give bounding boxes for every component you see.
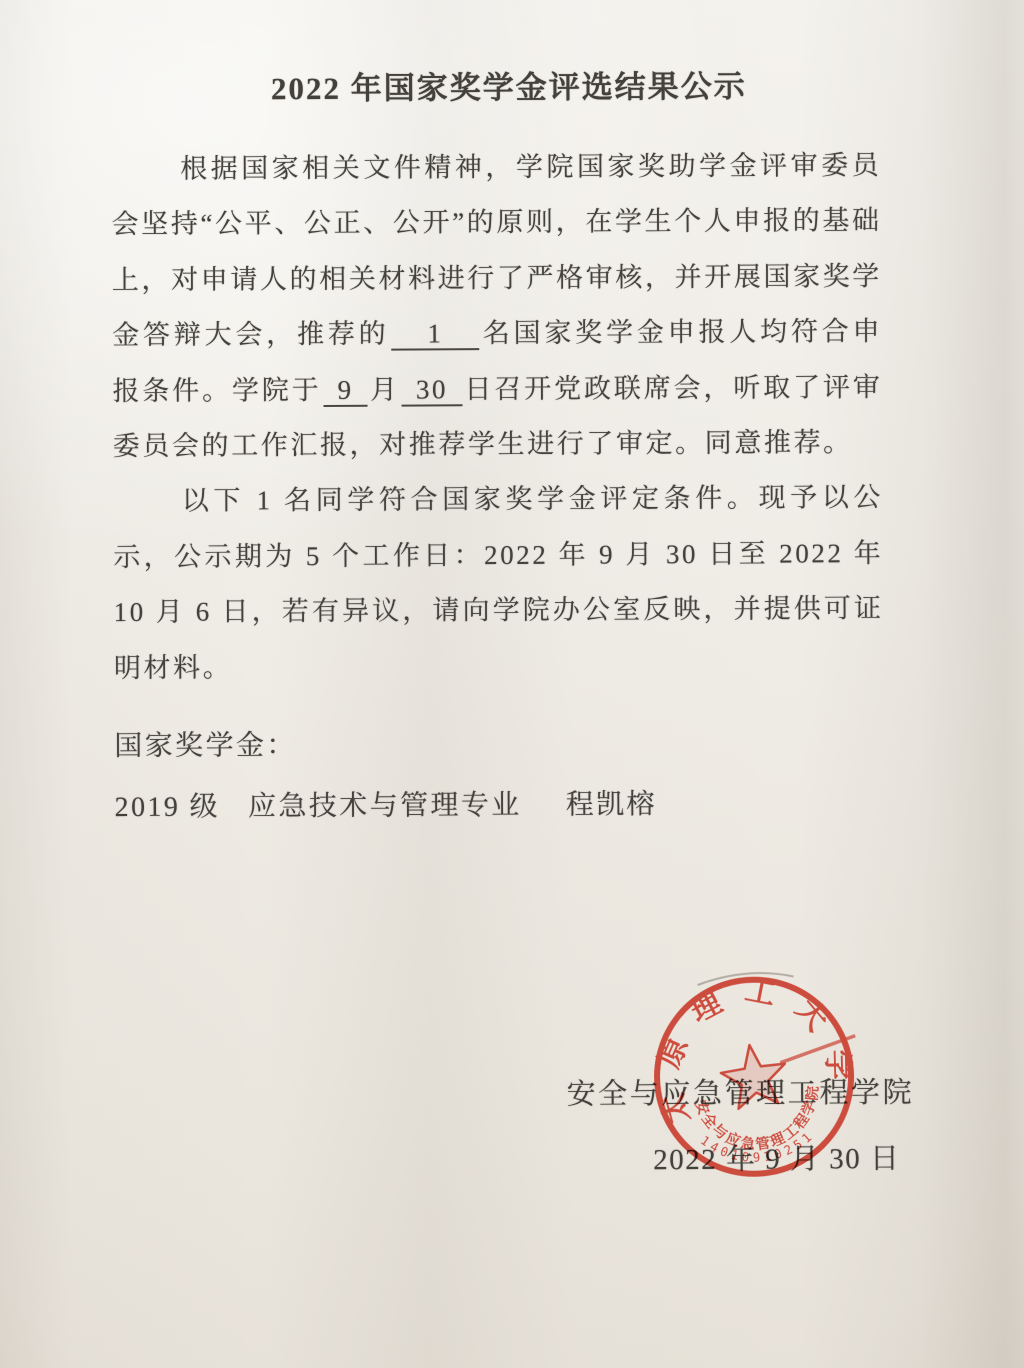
meeting-month-blank: 9 [324,374,368,406]
award-entry-major: 应急技术与管理专业 [248,790,522,822]
award-entry-row: 2019 级应急技术与管理专业程凯榕 [114,774,657,838]
award-heading: 国家奖学金： [114,713,657,777]
announcement-page: 2022 年国家奖学金评选结果公示 根据国家相关文件精神，学院国家奖助学金评审委… [0,0,1024,1368]
document-body: 根据国家相关文件精神，学院国家奖助学金评审委员会坚持“公平、公正、公开”的原则，… [111,138,884,696]
paragraph-publicity-period: 以下 1 名同学符合国家奖学金评定条件。现予以公示，公示期为 5 个工作日：20… [113,470,884,696]
paragraph-1-mid2: 月 [370,374,400,404]
meeting-day-blank: 30 [402,374,462,406]
paragraph-review-process: 根据国家相关文件精神，学院国家奖助学金评审委员会坚持“公平、公正、公开”的原则，… [111,138,883,474]
seal-artwork: 太原理工大学 安全与应急管理工程学院 14010910251 [638,960,873,1188]
official-seal-stamp: 太原理工大学 安全与应急管理工程学院 14010910251 [631,954,876,1199]
recommended-count-blank: 1 [391,318,479,350]
star-icon [717,1040,790,1110]
award-section: 国家奖学金： 2019 级应急技术与管理专业程凯榕 [114,713,657,838]
document-photo: 2022 年国家奖学金评选结果公示 根据国家相关文件精神，学院国家奖助学金评审委… [0,0,1024,1368]
award-entry-grade: 2019 级 [115,792,221,824]
page-title: 2022 年国家奖学金评选结果公示 [0,59,1021,109]
award-entry-student-name: 程凯榕 [566,789,657,820]
